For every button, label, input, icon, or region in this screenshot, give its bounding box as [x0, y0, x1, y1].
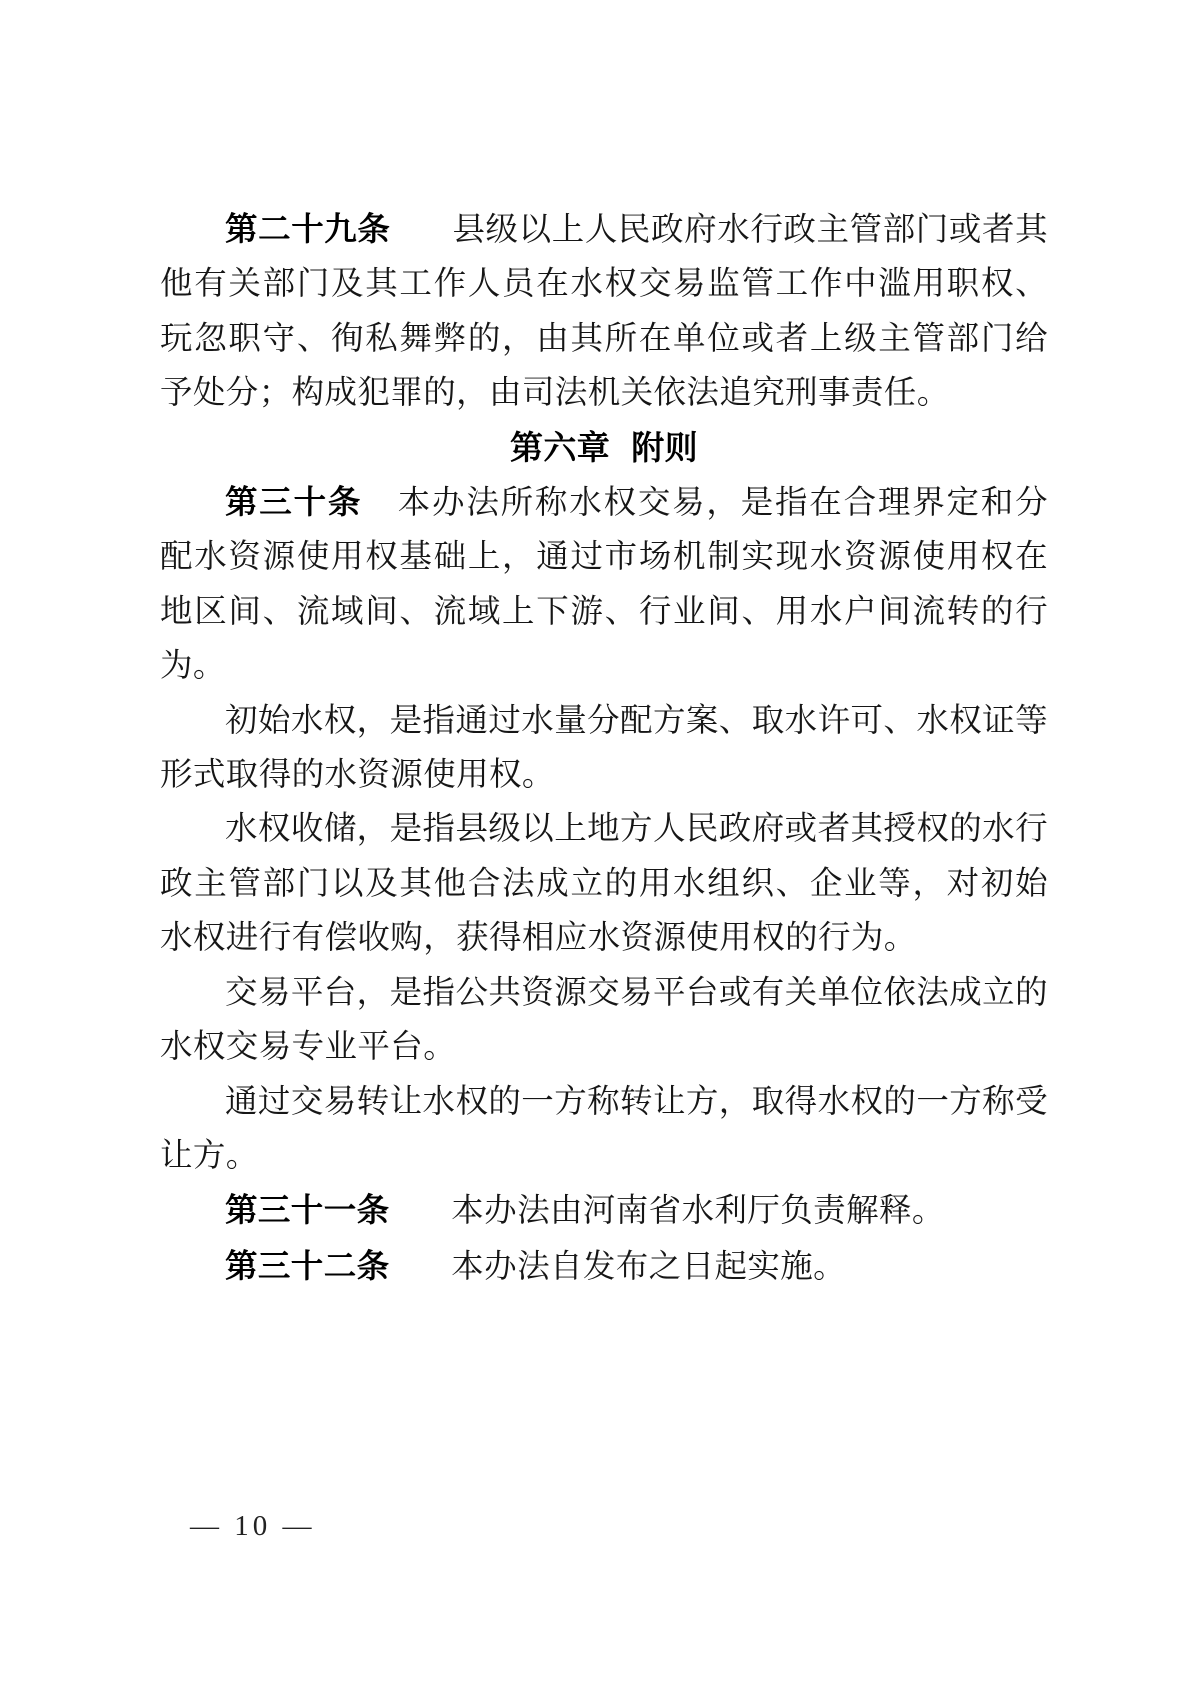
article-32-number: 第三十二条	[225, 1248, 390, 1284]
article-number-gap	[391, 239, 453, 240]
paragraph-article-29: 第二十九条县级以上人民政府水行政主管部门或者其他有关部门及其工作人员在水权交易监…	[160, 202, 1048, 421]
article-29-number: 第二十九条	[225, 211, 391, 247]
paragraph-article-32: 第三十二条本办法自发布之日起实施。	[160, 1239, 1048, 1294]
paragraph-article-30: 第三十条本办法所称水权交易，是指在合理界定和分配水资源使用权基础上，通过市场机制…	[160, 475, 1048, 694]
chapter-heading: 第六章 附则	[160, 421, 1048, 475]
paragraph-definition-water-right-storage: 水权收储，是指县级以上地方人民政府或者其授权的水行政主管部门以及其他合法成立的用…	[160, 802, 1048, 965]
page-number: — 10 —	[190, 1510, 316, 1543]
paragraph-article-31: 第三十一条本办法由河南省水利厅负责解释。	[160, 1183, 1048, 1238]
paragraph-definition-initial-water-right: 初始水权，是指通过水量分配方案、取水许可、水权证等形式取得的水资源使用权。	[160, 694, 1048, 803]
article-number-gap	[390, 1220, 452, 1221]
paragraph-definition-trading-platform: 交易平台，是指公共资源交易平台或有关单位依法成立的水权交易专业平台。	[160, 966, 1048, 1075]
article-31-text: 本办法由河南省水利厅负责解释。	[451, 1193, 945, 1229]
article-32-text: 本办法自发布之日起实施。	[451, 1249, 846, 1285]
article-31-number: 第三十一条	[225, 1192, 390, 1228]
document-page: 第二十九条县级以上人民政府水行政主管部门或者其他有关部门及其工作人员在水权交易监…	[0, 0, 1200, 1697]
article-number-gap	[390, 1276, 452, 1277]
article-number-gap	[362, 512, 396, 513]
article-30-number: 第三十条	[225, 484, 362, 520]
document-body: 第二十九条县级以上人民政府水行政主管部门或者其他有关部门及其工作人员在水权交易监…	[160, 202, 1048, 1294]
paragraph-definition-transferor-transferee: 通过交易转让水权的一方称转让方，取得水权的一方称受让方。	[160, 1075, 1048, 1184]
